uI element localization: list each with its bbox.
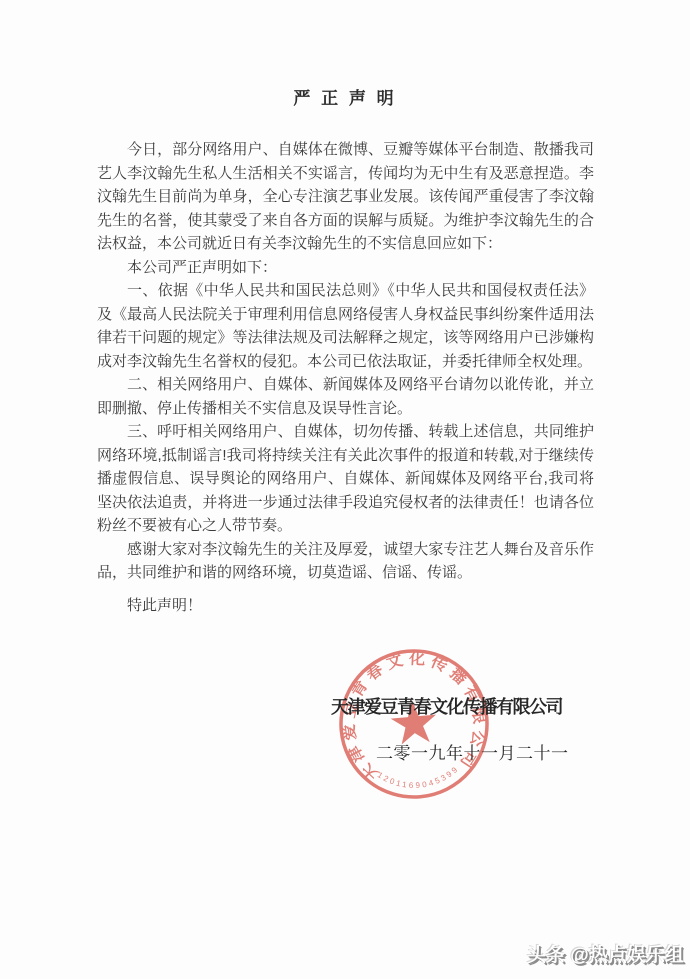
closing-line: 特此声明！ — [97, 594, 594, 618]
signature-company-name: 天津爱豆青春文化传播有限公司 — [331, 693, 562, 719]
statement-paragraph-thanks: 感谢大家对李汶翰先生的关注及厚爱，诚望大家专注艺人舞台及音乐作品，共同维护和谐的… — [97, 538, 594, 585]
statement-paragraph-item-1: 一、依据《中华人民共和国民法总则》《中华人民共和国侵权责任法》及《最高人民法院关… — [97, 279, 594, 373]
seal-serial-number: 1201169045399 — [375, 763, 462, 793]
statement-paragraph-item-2: 二、相关网络用户、自媒体、新闻媒体及网络平台请勿以讹传讹，并立即删撤、停止传播相… — [97, 373, 594, 420]
statement-paragraph-declare: 本公司严正声明如下： — [97, 256, 594, 280]
statement-document: 严 正 声 明 今日，部分网络用户、自媒体在微博、豆瓣等媒体平台制造、散播我司艺… — [0, 0, 690, 979]
seal-ring-text: 天津爱豆青春文化传播有限公司 — [332, 642, 493, 786]
document-title: 严 正 声 明 — [0, 84, 690, 109]
seal-star-icon — [389, 698, 438, 745]
company-seal: 天津爱豆青春文化传播有限公司 1201169045399 — [327, 637, 500, 810]
watermark-text: 头条 @热点娱乐组 — [527, 940, 684, 967]
document-body: 今日，部分网络用户、自媒体在微博、豆瓣等媒体平台制造、散播我司艺人李汶翰先生私人… — [97, 138, 594, 617]
signature-date: 二零一九年十一月二十一 — [376, 739, 569, 764]
statement-paragraph-item-3: 三、呼吁相关网络用户、自媒体，切勿传播、转载上述信息，共同维护网络环境,抵制谣言… — [97, 420, 594, 538]
seal-ring — [335, 645, 493, 803]
statement-paragraph-intro: 今日，部分网络用户、自媒体在微博、豆瓣等媒体平台制造、散播我司艺人李汶翰先生私人… — [97, 138, 594, 256]
